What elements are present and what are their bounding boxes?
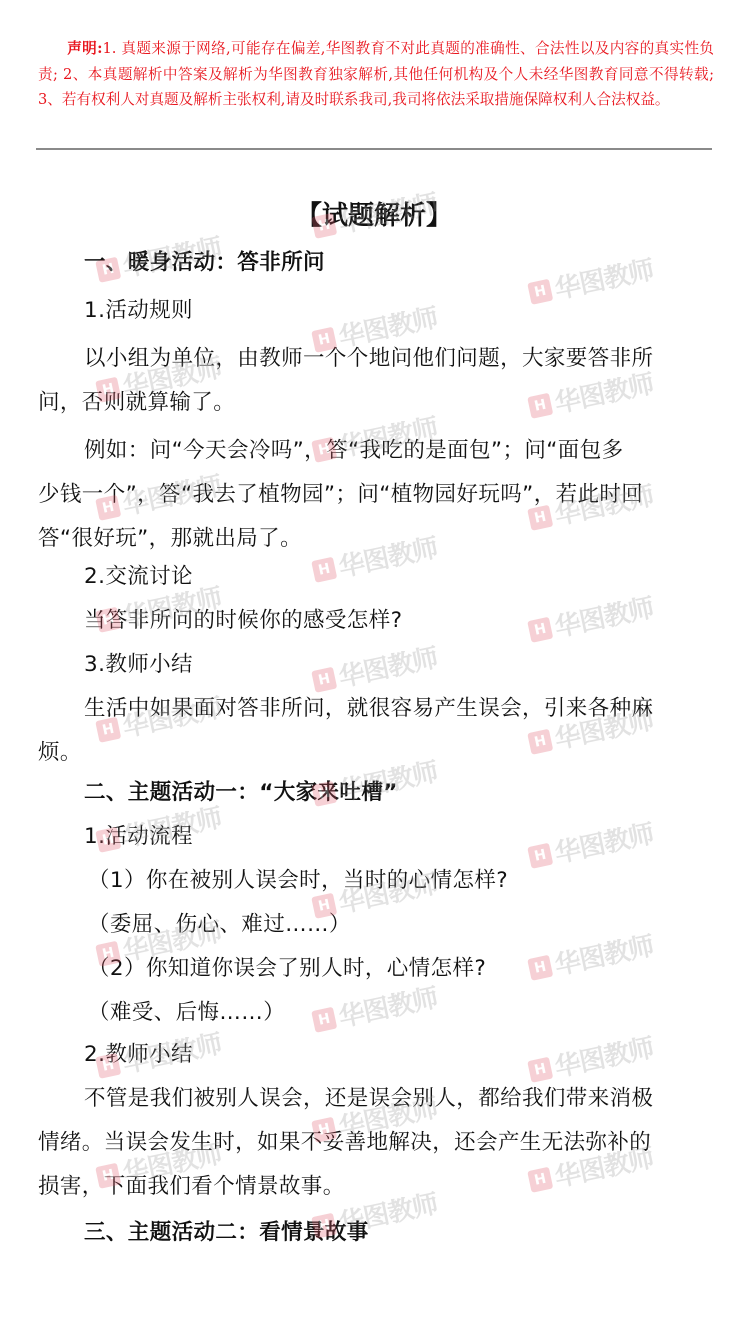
watermark: H华图教师: [526, 587, 657, 649]
list-item: （1）你在被别人误会时，当时的心情怎样?: [88, 866, 508, 896]
disclaimer-text: 1. 真题来源于网络,可能存在偏差,华图教育不对此真题的准确性、合法性以及内容的…: [38, 40, 714, 108]
watermark: H华图教师: [526, 925, 657, 987]
section-heading-1: 一、暖身活动：答非所问: [84, 248, 325, 278]
paragraph-line: 生活中如果面对答非所问，就很容易产生误会，引来各种麻: [84, 694, 653, 724]
subheading: 2.交流讨论: [84, 562, 193, 592]
disclaimer: 声明:1. 真题来源于网络,可能存在偏差,华图教育不对此真题的准确性、合法性以及…: [38, 36, 714, 113]
subheading: 1.活动规则: [84, 296, 193, 326]
subheading: 2.教师小结: [84, 1040, 193, 1070]
page-title: 【试题解析】: [0, 196, 748, 236]
watermark-logo-icon: H: [311, 666, 337, 692]
watermark: H华图教师: [526, 1027, 657, 1089]
watermark-logo-icon: H: [311, 556, 337, 582]
paragraph-line: 少钱一个”，答“我去了植物园”；问“植物园好玩吗”，若此时回: [38, 480, 643, 510]
paragraph-line: 问，否则就算输了。: [38, 388, 235, 418]
paragraph-line: 烦。: [38, 738, 82, 768]
watermark-logo-icon: H: [527, 842, 553, 868]
paragraph-line: 情绪。当误会发生时，如果不妥善地解决，还会产生无法弥补的: [38, 1128, 651, 1158]
paragraph-line: 例如：问“今天会冷吗”，答“我吃的是面包”；问“面包多: [84, 436, 624, 466]
watermark-logo-icon: H: [527, 1166, 553, 1192]
list-item-note: （委屈、伤心、难过……）: [88, 910, 351, 940]
watermark-logo-icon: H: [527, 954, 553, 980]
watermark: H华图教师: [526, 249, 657, 311]
subheading: 3.教师小结: [84, 650, 193, 680]
paragraph-line: 以小组为单位，由教师一个个地问他们问题，大家要答非所: [84, 344, 653, 374]
watermark: H华图教师: [310, 527, 441, 589]
list-item: （2）你知道你误会了别人时，心情怎样?: [88, 954, 486, 984]
watermark: H华图教师: [310, 977, 441, 1039]
subheading: 1.活动流程: [84, 822, 193, 852]
paragraph-line: 答“很好玩”，那就出局了。: [38, 524, 302, 554]
watermark-logo-icon: H: [527, 616, 553, 642]
watermark-logo-icon: H: [527, 278, 553, 304]
watermark-logo-icon: H: [527, 392, 553, 418]
watermark-logo-icon: H: [527, 728, 553, 754]
watermark-logo-icon: H: [527, 1056, 553, 1082]
watermark: H华图教师: [526, 813, 657, 875]
section-heading-3: 三、主题活动二：看情景故事: [84, 1218, 369, 1248]
watermark-logo-icon: H: [311, 1006, 337, 1032]
disclaimer-lead: 声明:: [67, 40, 102, 57]
paragraph-line: 损害，下面我们看个情景故事。: [38, 1172, 345, 1202]
list-item-note: （难受、后悔……）: [88, 998, 285, 1028]
paragraph-line: 不管是我们被别人误会，还是误会别人，都给我们带来消极: [84, 1084, 653, 1114]
divider: [36, 148, 712, 150]
paragraph-line: 当答非所问的时候你的感受怎样?: [84, 606, 402, 636]
section-heading-2: 二、主题活动一：“大家来吐槽”: [84, 778, 398, 808]
watermark: H华图教师: [310, 637, 441, 699]
